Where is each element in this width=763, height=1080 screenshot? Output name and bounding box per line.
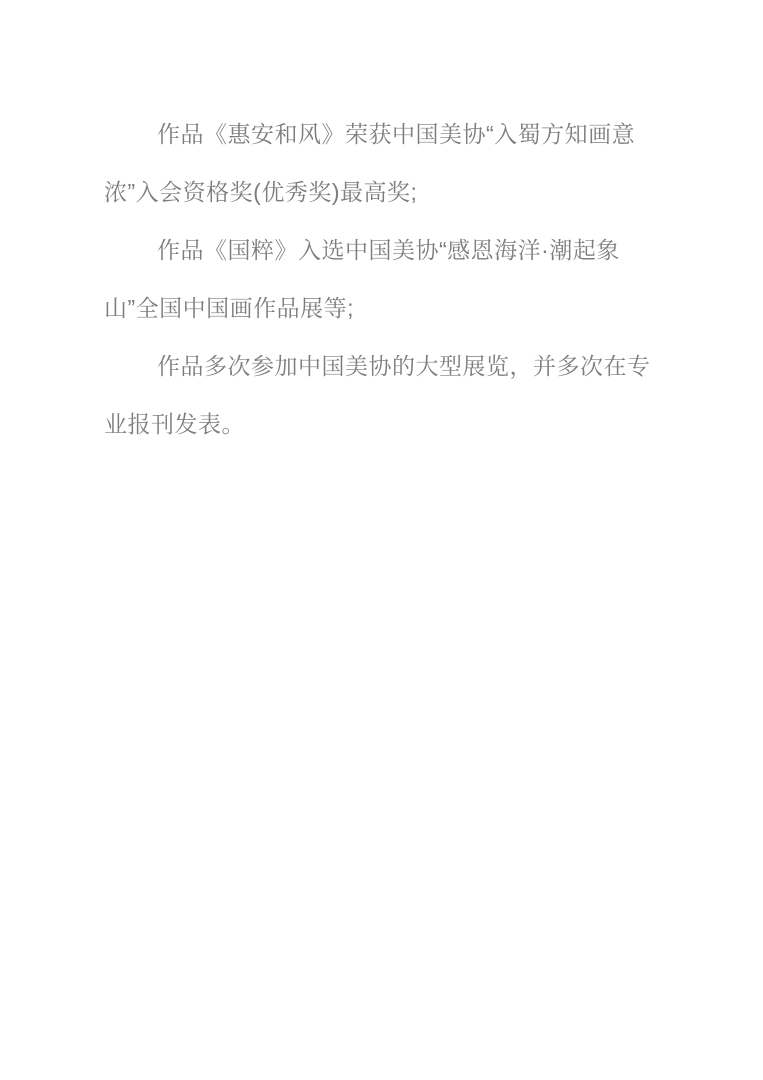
paragraph: 作品《国粹》入选中国美协“感恩海洋·潮起象山”全国中国画作品展等;: [104, 221, 684, 337]
paragraph-line: 浓”入会资格奖(优秀奖)最高奖;: [104, 163, 684, 221]
paragraph: 作品《惠安和风》荣获中国美协“入蜀方知画意浓”入会资格奖(优秀奖)最高奖;: [104, 105, 684, 221]
document-text-block: 作品《惠安和风》荣获中国美协“入蜀方知画意浓”入会资格奖(优秀奖)最高奖;作品《…: [104, 105, 684, 453]
paragraph-line: 山”全国中国画作品展等;: [104, 279, 684, 337]
paragraph-first-line: 作品多次参加中国美协的大型展览，并多次在专: [104, 337, 684, 395]
document-page: 作品《惠安和风》荣获中国美协“入蜀方知画意浓”入会资格奖(优秀奖)最高奖;作品《…: [0, 0, 763, 1080]
paragraph-first-line: 作品《惠安和风》荣获中国美协“入蜀方知画意: [104, 105, 684, 163]
paragraph: 作品多次参加中国美协的大型展览，并多次在专业报刊发表。: [104, 337, 684, 453]
paragraph-line: 业报刊发表。: [104, 395, 684, 453]
paragraph-first-line: 作品《国粹》入选中国美协“感恩海洋·潮起象: [104, 221, 684, 279]
